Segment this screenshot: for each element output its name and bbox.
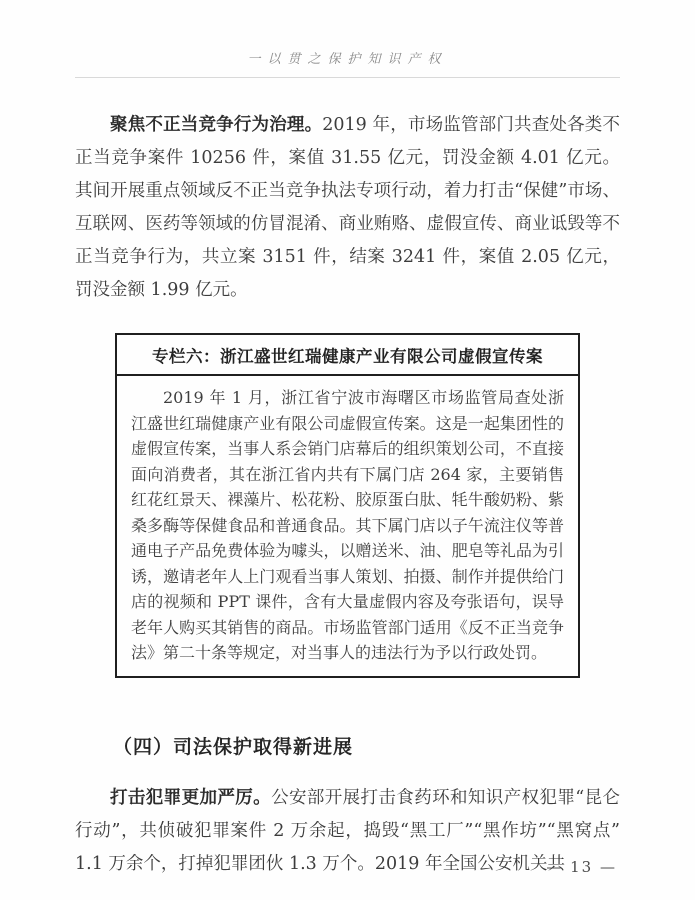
paragraph-competition-enforcement: 聚焦不正当竞争行为治理。2019 年，市场监管部门共查处各类不正当竞争案件 10…: [75, 108, 620, 307]
section-heading-judicial-protection: （四）司法保护取得新进展: [75, 732, 620, 759]
paragraph-1-text: 2019 年，市场监管部门共查处各类不正当竞争案件 10256 件，案值 31.…: [75, 115, 620, 300]
running-header: 一以贯之保护知识产权: [75, 48, 620, 78]
paragraph-criminal-crackdown: 打击犯罪更加严厉。公安部开展打击食药环和知识产权犯罪“昆仑行动”，共侦破犯罪案件…: [75, 781, 620, 881]
page-number: — 13 —: [546, 858, 617, 876]
case-box-title: 专栏六：浙江盛世红瑞健康产业有限公司虚假宣传案: [117, 335, 578, 376]
header-rule-divider: [75, 77, 620, 78]
paragraph-2-bold-lead: 打击犯罪更加严厉。: [110, 787, 271, 807]
case-box-body-text: 2019 年 1 月，浙江省宁波市海曙区市场监管局查处浙江盛世红瑞健康产业有限公…: [117, 376, 578, 676]
running-header-title: 一以贯之保护知识产权: [75, 48, 620, 67]
paragraph-1-bold-lead: 聚焦不正当竞争行为治理。: [110, 114, 322, 134]
page-content: 聚焦不正当竞争行为治理。2019 年，市场监管部门共查处各类不正当竞争案件 10…: [75, 100, 620, 881]
case-study-box: 专栏六：浙江盛世红瑞健康产业有限公司虚假宣传案 2019 年 1 月，浙江省宁波…: [115, 333, 580, 678]
document-page: 一以贯之保护知识产权 聚焦不正当竞争行为治理。2019 年，市场监管部门共查处各…: [0, 0, 695, 900]
